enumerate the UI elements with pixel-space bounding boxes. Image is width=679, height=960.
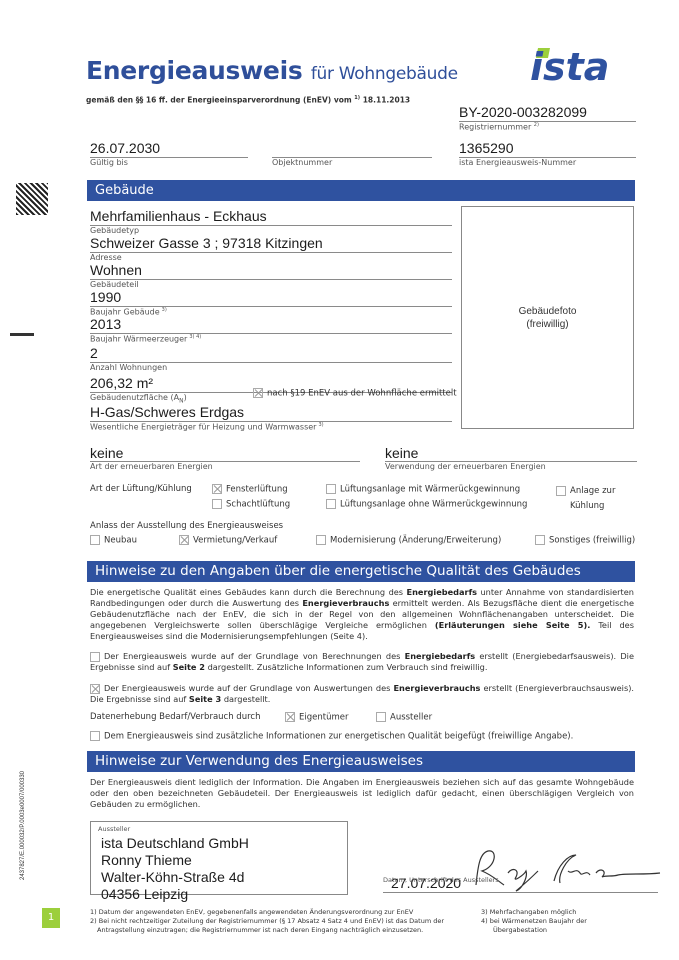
- bedarfsausweis-option[interactable]: Der Energieausweis wurde auf der Grundla…: [90, 651, 634, 673]
- gebaeude-field-row: WohnenGebäudeteil: [90, 262, 452, 289]
- erneuerbare-verwendung-value: keine: [385, 445, 637, 462]
- section-header-hinweise-verwendung: Hinweise zur Verwendung des Energieauswe…: [87, 751, 635, 772]
- aussteller-checkbox[interactable]: [376, 712, 386, 722]
- lueftung-option-fenster[interactable]: Fensterlüftung: [212, 484, 288, 495]
- section-header-gebaeude: Gebäude: [87, 180, 635, 201]
- anlass-sonstiges[interactable]: Sonstiges (freiwillig): [535, 535, 635, 546]
- lueftung-ohne-wrg-checkbox[interactable]: [326, 499, 336, 509]
- anlass-modernisierung[interactable]: Modernisierung (Änderung/Erweiterung): [316, 535, 501, 546]
- zusatzinfo-option[interactable]: Dem Energieausweis sind zusätzliche Info…: [90, 731, 573, 742]
- datenerhebung-label: Datenerhebung Bedarf/Verbrauch durch: [90, 712, 260, 722]
- datenerhebung-aussteller[interactable]: Aussteller: [376, 712, 432, 723]
- gebaeude-field-row: Mehrfamilienhaus - EckhausGebäudetyp: [90, 208, 452, 235]
- field-label: Gebäudeteil: [90, 280, 452, 289]
- lueftung-option-kuehlung[interactable]: Anlage zurKühlung: [556, 484, 615, 514]
- gueltig-bis-value: 26.07.2030: [90, 140, 248, 158]
- aussteller-label: Aussteller: [98, 825, 130, 833]
- field-value: 2: [90, 345, 452, 363]
- law-text: gemäß den §§ 16 ff. der Energieeinsparve…: [86, 96, 352, 105]
- bedarfsausweis-checkbox[interactable]: [90, 652, 100, 662]
- zusatzinfo-checkbox[interactable]: [90, 731, 100, 741]
- aussteller-box: Aussteller ista Deutschland GmbH Ronny T…: [90, 821, 348, 895]
- gueltig-bis-label: Gültig bis: [90, 158, 248, 167]
- schachtlueftung-checkbox[interactable]: [212, 499, 222, 509]
- erneuerbare-art-label: Art der erneuerbaren Energien: [90, 462, 360, 471]
- side-document-code: 2437827/E.000032/P.0003e0007/000330: [20, 771, 26, 880]
- field-label: Wesentliche Energieträger für Heizung un…: [90, 422, 452, 432]
- objektnummer-field: Objektnummer: [272, 140, 432, 167]
- field-value: 2013: [90, 316, 452, 334]
- anlass-neubau[interactable]: Neubau: [90, 535, 137, 546]
- ausweis-nummer-field: 1365290 ista Energieausweis-Nummer: [459, 140, 636, 167]
- ista-logo: ista: [530, 38, 640, 84]
- gebaeude-field-row: 1990Baujahr Gebäude3): [90, 289, 452, 317]
- signature-label: Datum, Unterschrift des Ausstellers: [383, 876, 499, 884]
- gebaeude-field-row: 2Anzahl Wohnungen: [90, 345, 452, 372]
- footnotes-left: 1) Datum der angewendeten EnEV, gegebene…: [90, 908, 470, 935]
- datamatrix-code: [16, 183, 48, 215]
- aussteller-line: Ronny Thieme: [101, 852, 249, 869]
- gueltig-bis-field: 26.07.2030 Gültig bis: [90, 140, 248, 167]
- anlass-vermietung[interactable]: Vermietung/Verkauf: [179, 535, 277, 546]
- title-main: Energieausweis: [86, 56, 302, 85]
- document-title: Energieausweis für Wohngebäude: [86, 56, 458, 85]
- ausweis-nummer-label: ista Energieausweis-Nummer: [459, 158, 636, 167]
- field-value: Mehrfamilienhaus - Eckhaus: [90, 208, 452, 226]
- registriernummer-field: BY-2020-003282099 Registriernummer 2): [459, 104, 636, 132]
- erneuerbare-art-field: keine Art der erneuerbaren Energien: [90, 445, 360, 471]
- datenerhebung-eigentuemer[interactable]: Eigentümer: [285, 712, 348, 723]
- erneuerbare-verwendung-label: Verwendung der erneuerbaren Energien: [385, 462, 637, 471]
- objektnummer-value: [272, 140, 432, 158]
- erneuerbare-verwendung-field: keine Verwendung der erneuerbaren Energi…: [385, 445, 637, 471]
- field-value: Wohnen: [90, 262, 452, 280]
- field-label: Anzahl Wohnungen: [90, 363, 452, 372]
- title-sub: für Wohngebäude: [311, 64, 458, 84]
- ausweis-nummer-value: 1365290: [459, 140, 636, 158]
- section-header-hinweise-qualitaet: Hinweise zu den Angaben über die energet…: [87, 561, 635, 582]
- field-label: Adresse: [90, 253, 452, 262]
- field-value: H-Gas/Schweres Erdgas: [90, 404, 452, 422]
- photo-label-1: Gebäudefoto: [462, 305, 633, 318]
- anlass-label: Anlass der Ausstellung des Energieauswei…: [90, 521, 283, 531]
- verbrauchsausweis-option[interactable]: Der Energieausweis wurde auf der Grundla…: [90, 683, 634, 705]
- photo-label-2: (freiwillig): [462, 318, 633, 331]
- erneuerbare-art-value: keine: [90, 445, 360, 462]
- fold-mark: [10, 333, 34, 336]
- aussteller-line: 04356 Leipzig: [101, 886, 249, 903]
- law-footnote-ref: 1): [354, 95, 360, 101]
- svg-text:ista: ista: [530, 45, 609, 84]
- nutzflaeche-checkbox[interactable]: [253, 388, 263, 398]
- gebaeude-field-row: H-Gas/Schweres ErdgasWesentliche Energie…: [90, 404, 452, 432]
- lueftung-option-mit-wrg[interactable]: Lüftungsanlage mit Wärmerückgewinnung: [326, 484, 520, 495]
- eigentuemer-checkbox[interactable]: [285, 712, 295, 722]
- law-date: 18.11.2013: [363, 96, 410, 105]
- law-reference: gemäß den §§ 16 ff. der Energieeinsparve…: [86, 95, 410, 105]
- nutzflaeche-check[interactable]: nach §19 EnEV aus der Wohnfläche ermitte…: [253, 388, 457, 399]
- aussteller-line: ista Deutschland GmbH: [101, 835, 249, 852]
- objektnummer-label: Objektnummer: [272, 158, 432, 167]
- lueftung-option-ohne-wrg[interactable]: Lüftungsanlage ohne Wärmerückgewinnung: [326, 499, 527, 510]
- field-label: Gebäudetyp: [90, 226, 452, 235]
- field-value: Schweizer Gasse 3 ; 97318 Kitzingen: [90, 235, 452, 253]
- lueftung-mit-wrg-checkbox[interactable]: [326, 484, 336, 494]
- page-number-badge: 1: [42, 908, 60, 928]
- field-value: 1990: [90, 289, 452, 307]
- verbrauchsausweis-checkbox[interactable]: [90, 684, 100, 694]
- vermietung-checkbox[interactable]: [179, 535, 189, 545]
- gebaeude-field-row: Schweizer Gasse 3 ; 97318 KitzingenAdres…: [90, 235, 452, 262]
- kuehlung-checkbox[interactable]: [556, 486, 566, 496]
- lueftung-option-schacht[interactable]: Schachtlüftung: [212, 499, 290, 510]
- nutzflaeche-check-label: nach §19 EnEV aus der Wohnfläche ermitte…: [267, 389, 457, 399]
- modernisierung-checkbox[interactable]: [316, 535, 326, 545]
- footnotes-right: 3) Mehrfachangaben möglich 4) bei Wärmen…: [481, 908, 641, 935]
- sonstiges-checkbox[interactable]: [535, 535, 545, 545]
- hinweise-verwendung-text: Der Energieausweis dient lediglich der I…: [90, 777, 634, 810]
- hinweise-qualitaet-text: Die energetische Qualität eines Gebäudes…: [90, 587, 634, 642]
- fensterlueftung-checkbox[interactable]: [212, 484, 222, 494]
- lueftung-label: Art der Lüftung/Kühlung: [90, 484, 192, 494]
- field-label: Baujahr Wärmeerzeuger3) 4): [90, 334, 452, 344]
- gebaeude-field-row: 2013Baujahr Wärmeerzeuger3) 4): [90, 316, 452, 344]
- neubau-checkbox[interactable]: [90, 535, 100, 545]
- registriernummer-value: BY-2020-003282099: [459, 104, 636, 122]
- signature-icon: [468, 845, 663, 893]
- registriernummer-label: Registriernummer 2): [459, 122, 636, 132]
- building-photo-placeholder: Gebäudefoto (freiwillig): [461, 206, 634, 429]
- aussteller-line: Walter-Köhn-Straße 4d: [101, 869, 249, 886]
